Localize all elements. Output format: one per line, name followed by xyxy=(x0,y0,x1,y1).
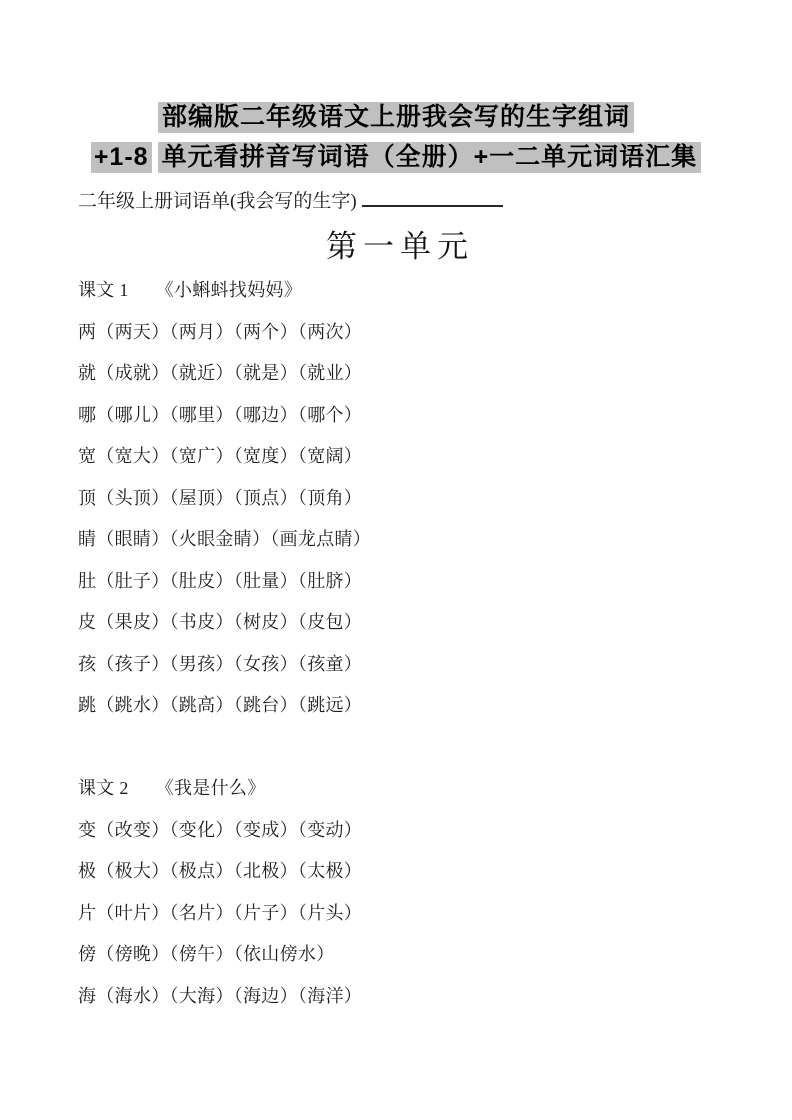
fill-in-blank-line xyxy=(362,186,503,207)
subtitle-line: 二年级上册词语单(我会写的生字) xyxy=(78,186,714,214)
word-entry: 皮（果皮）（书皮）（树皮）（皮包） xyxy=(78,602,714,644)
lesson-block-1: 课文 1《小蝌蚪找妈妈》 两（两天）（两月）（两个）（两次） 就（成就）（就近）… xyxy=(78,270,714,727)
word-entry: 哪（哪儿）（哪里）（哪边）（哪个） xyxy=(78,395,714,437)
section-heading: 第一单元 xyxy=(78,227,714,267)
lesson-2-label: 课文 2 xyxy=(78,778,129,798)
lessons-container: 课文 1《小蝌蚪找妈妈》 两（两天）（两月）（两个）（两次） 就（成就）（就近）… xyxy=(78,270,714,1017)
word-entry: 傍（傍晚）（傍午）（依山傍水） xyxy=(78,934,714,976)
word-entry: 顶（头顶）（屋顶）（顶点）（顶角） xyxy=(78,478,714,520)
word-entry: 宽（宽大）（宽广）（宽度）（宽阔） xyxy=(78,436,714,478)
lesson-1-title: 《小蝌蚪找妈妈》 xyxy=(156,280,302,300)
lesson-2-header: 课文 2《我是什么》 xyxy=(78,768,714,810)
word-entry: 片（叶片）（名片）（片子）（片头） xyxy=(78,893,714,935)
document-title-block: 部编版二年级语文上册我会写的生字组词 +1-8单元看拼音写词语（全册）+一二单元… xyxy=(78,102,714,173)
lesson-1-header: 课文 1《小蝌蚪找妈妈》 xyxy=(78,270,714,312)
word-entry: 两（两天）（两月）（两个）（两次） xyxy=(78,312,714,354)
word-entry: 变（改变）（变化）（变成）（变动） xyxy=(78,810,714,852)
word-entry: 极（极大）（极点）（北极）（太极） xyxy=(78,851,714,893)
subtitle-text: 二年级上册词语单(我会写的生字) xyxy=(78,191,357,212)
word-entry: 肚（肚子）（肚皮）（肚量）（肚脐） xyxy=(78,561,714,603)
word-entry: 孩（孩子）（男孩）（女孩）（孩童） xyxy=(78,644,714,686)
document-page: 部编版二年级语文上册我会写的生字组词 +1-8单元看拼音写词语（全册）+一二单元… xyxy=(0,0,792,1120)
title-line-2-main: 单元看拼音写词语（全册）+一二单元词语汇集 xyxy=(158,142,702,173)
title-row-2: +1-8单元看拼音写词语（全册）+一二单元词语汇集 xyxy=(78,142,714,173)
title-line-2-prefix: +1-8 xyxy=(91,142,152,173)
title-line-1: 部编版二年级语文上册我会写的生字组词 xyxy=(158,102,634,133)
lesson-block-2: 课文 2《我是什么》 变（改变）（变化）（变成）（变动） 极（极大）（极点）（北… xyxy=(78,768,714,1017)
word-entry: 睛（眼睛）（火眼金睛）（画龙点睛） xyxy=(78,519,714,561)
word-entry: 海（海水）（大海）（海边）（海洋） xyxy=(78,976,714,1018)
lesson-1-label: 课文 1 xyxy=(78,280,129,300)
word-entry: 就（成就）（就近）（就是）（就业） xyxy=(78,353,714,395)
word-entry: 跳（跳水）（跳高）（跳台）（跳远） xyxy=(78,685,714,727)
lesson-2-title: 《我是什么》 xyxy=(156,778,266,798)
title-row-1: 部编版二年级语文上册我会写的生字组词 xyxy=(78,102,714,133)
